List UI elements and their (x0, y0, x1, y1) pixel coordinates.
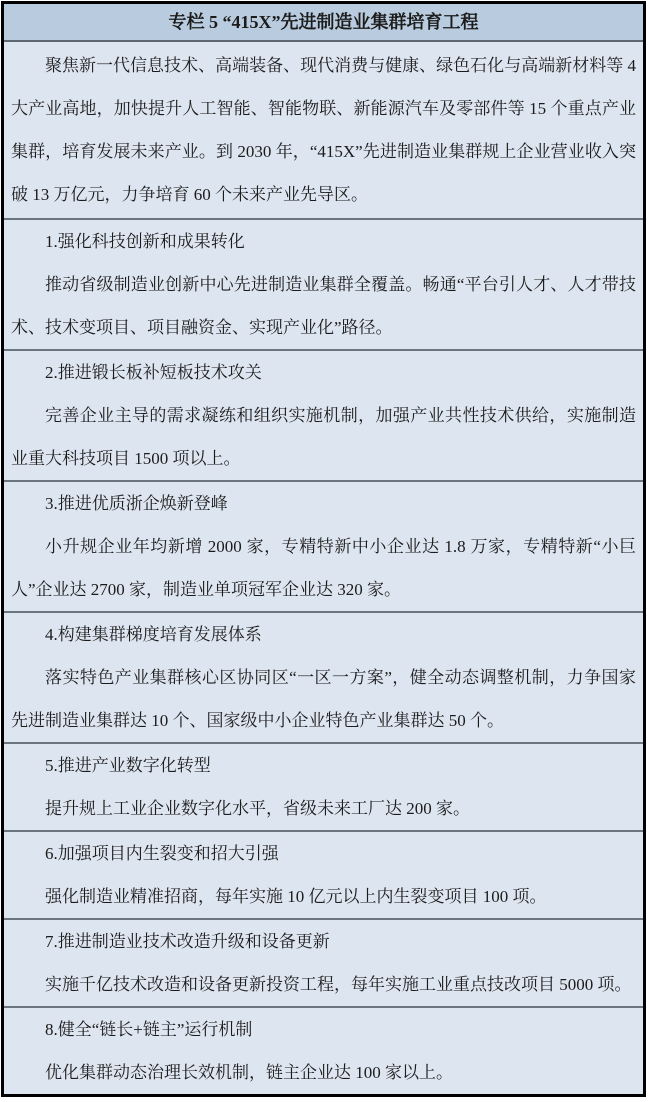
section-heading: 6.加强项目内生裂变和招大引强 (4, 832, 643, 875)
section-body: 落实特色产业集群核心区协同区“一区一方案”，健全动态调整机制，力争国家先进制造业… (4, 656, 643, 742)
section-row-5: 5.推进产业数字化转型 提升规上工业企业数字化水平，省级未来工厂达 200 家。 (4, 744, 643, 832)
intro-paragraph: 聚焦新一代信息技术、高端装备、现代消费与健康、绿色石化与高端新材料等 4 大产业… (4, 42, 643, 218)
section-row-2: 2.推进锻长板补短板技术攻关 完善企业主导的需求凝练和组织实施机制，加强产业共性… (4, 351, 643, 482)
section-row-4: 4.构建集群梯度培育发展体系 落实特色产业集群核心区协同区“一区一方案”，健全动… (4, 613, 643, 744)
section-heading: 8.健全“链长+链主”运行机制 (4, 1008, 643, 1051)
policy-column-table: 专栏 5 “415X”先进制造业集群培育工程 聚焦新一代信息技术、高端装备、现代… (1, 1, 646, 1097)
section-heading: 3.推进优质浙企焕新登峰 (4, 482, 643, 525)
section-body: 优化集群动态治理长效机制，链主企业达 100 家以上。 (4, 1051, 643, 1094)
section-row-6: 6.加强项目内生裂变和招大引强 强化制造业精准招商，每年实施 10 亿元以上内生… (4, 832, 643, 920)
section-body: 推动省级制造业创新中心先进制造业集群全覆盖。畅通“平台引人才、人才带技术、技术变… (4, 263, 643, 349)
section-heading: 4.构建集群梯度培育发展体系 (4, 613, 643, 656)
section-body: 实施千亿技术改造和设备更新投资工程，每年实施工业重点技改项目 5000 项。 (4, 963, 643, 1006)
section-row-3: 3.推进优质浙企焕新登峰 小升规企业年均新增 2000 家，专精特新中小企业达 … (4, 482, 643, 613)
section-heading: 2.推进锻长板补短板技术攻关 (4, 351, 643, 394)
section-body: 提升规上工业企业数字化水平，省级未来工厂达 200 家。 (4, 787, 643, 830)
section-heading: 1.强化科技创新和成果转化 (4, 220, 643, 263)
section-row-7: 7.推进制造业技术改造升级和设备更新 实施千亿技术改造和设备更新投资工程，每年实… (4, 920, 643, 1008)
section-body: 小升规企业年均新增 2000 家，专精特新中小企业达 1.8 万家，专精特新“小… (4, 525, 643, 611)
section-row-1: 1.强化科技创新和成果转化 推动省级制造业创新中心先进制造业集群全覆盖。畅通“平… (4, 220, 643, 351)
section-heading: 7.推进制造业技术改造升级和设备更新 (4, 920, 643, 963)
section-row-8: 8.健全“链长+链主”运行机制 优化集群动态治理长效机制，链主企业达 100 家… (4, 1008, 643, 1094)
section-body: 强化制造业精准招商，每年实施 10 亿元以上内生裂变项目 100 项。 (4, 875, 643, 918)
section-body: 完善企业主导的需求凝练和组织实施机制，加强产业共性技术供给，实施制造业重大科技项… (4, 394, 643, 480)
section-heading: 5.推进产业数字化转型 (4, 744, 643, 787)
intro-row: 聚焦新一代信息技术、高端装备、现代消费与健康、绿色石化与高端新材料等 4 大产业… (4, 42, 643, 220)
column-title: 专栏 5 “415X”先进制造业集群培育工程 (4, 4, 643, 42)
